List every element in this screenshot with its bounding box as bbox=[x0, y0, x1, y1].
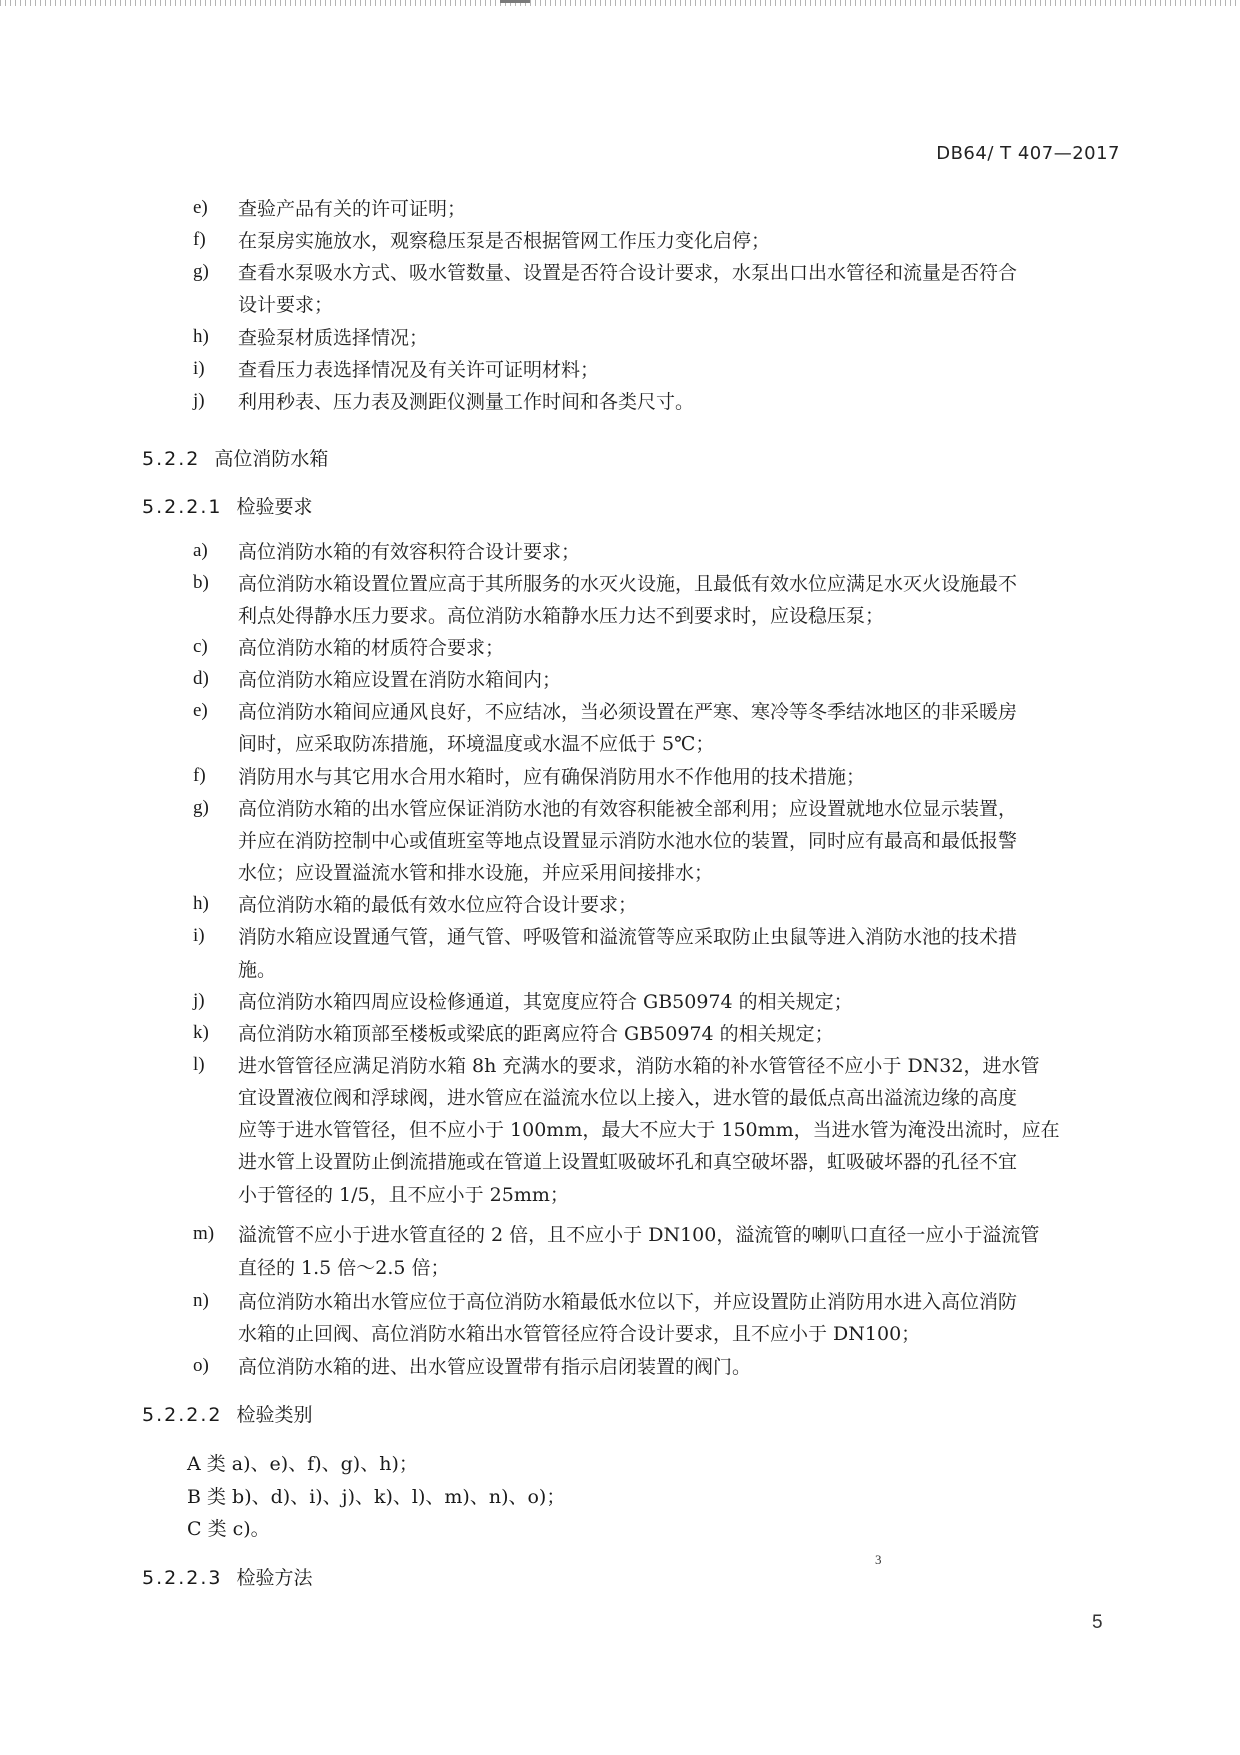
item-text: 高位消防水箱的最低有效水位应符合设计要求； bbox=[238, 893, 637, 917]
section-title: 高位消防水箱 bbox=[214, 448, 328, 470]
page-number: 5 bbox=[1092, 1612, 1103, 1634]
item-text: 高位消防水箱的出水管应保证消防水池的有效容积能被全部利用；应设置就地水位显示装置… bbox=[238, 797, 1017, 821]
section-number: 5.2.2.1 bbox=[142, 496, 222, 518]
item-text: 进水管管径应满足消防水箱 8h 充满水的要求，消防水箱的补水管管径不应小于 DN… bbox=[238, 1054, 1039, 1078]
item-text: 高位消防水箱的进、出水管应设置带有指示启闭装置的阀门。 bbox=[238, 1355, 751, 1379]
item-label: i) bbox=[193, 925, 233, 947]
item-text: 查验泵材质选择情况； bbox=[238, 326, 428, 350]
item-text: 高位消防水箱设置位置应高于其所服务的水灭火设施，且最低有效水位应满足水灭火设施最… bbox=[238, 572, 1017, 596]
item-text: 高位消防水箱出水管应位于高位消防水箱最低水位以下，并应设置防止消防用水进入高位消… bbox=[238, 1290, 1017, 1314]
item-label: a) bbox=[193, 540, 233, 562]
inner-page-mark: 3 bbox=[875, 1552, 882, 1568]
item-label: d) bbox=[193, 668, 233, 690]
section-heading-5-2-2-2: 5.2.2.2检验类别 bbox=[142, 1400, 313, 1427]
item-text: 查看压力表选择情况及有关许可证明材料； bbox=[238, 358, 599, 382]
item-text: 高位消防水箱的有效容积符合设计要求； bbox=[238, 540, 580, 564]
item-text: 水箱的止回阀、高位消防水箱出水管管径应符合设计要求，且不应小于 DN100； bbox=[238, 1322, 920, 1346]
section-heading-5-2-2: 5.2.2高位消防水箱 bbox=[142, 444, 328, 471]
item-label: f) bbox=[193, 229, 233, 251]
item-text: 高位消防水箱四周应设检修通道，其宽度应符合 GB50974 的相关规定； bbox=[238, 990, 853, 1014]
item-label: j) bbox=[193, 990, 233, 1012]
section-title: 检验要求 bbox=[236, 496, 312, 518]
item-text: 进水管上设置防止倒流措施或在管道上设置虹吸破坏孔和真空破坏器，虹吸破坏器的孔径不… bbox=[238, 1150, 1017, 1174]
section-heading-5-2-2-1: 5.2.2.1检验要求 bbox=[142, 492, 313, 519]
section-number: 5.2.2.3 bbox=[142, 1567, 222, 1589]
item-text: 高位消防水箱顶部至楼板或梁底的距离应符合 GB50974 的相关规定； bbox=[238, 1022, 834, 1046]
category-b: B 类 b)、d)、i)、j)、k)、l)、m)、n)、o)； bbox=[187, 1482, 565, 1509]
item-label: i) bbox=[193, 358, 233, 380]
item-text: 查看水泵吸水方式、吸水管数量、设置是否符合设计要求，水泵出口出水管径和流量是否符… bbox=[238, 261, 1017, 285]
item-label: l) bbox=[193, 1054, 233, 1076]
scan-edge-artifact bbox=[0, 0, 1240, 6]
item-label: k) bbox=[193, 1022, 233, 1044]
item-text: 在泵房实施放水，观察稳压泵是否根据管网工作压力变化启停； bbox=[238, 229, 770, 253]
category-c: C 类 c)。 bbox=[187, 1514, 270, 1541]
section-title: 检验类别 bbox=[236, 1404, 312, 1426]
item-label: j) bbox=[193, 390, 233, 412]
item-label: o) bbox=[193, 1355, 233, 1377]
item-text: 高位消防水箱的材质符合要求； bbox=[238, 636, 504, 660]
item-text: 并应在消防控制中心或值班室等地点设置显示消防水池水位的装置，同时应有最高和最低报… bbox=[238, 829, 1017, 853]
item-label: c) bbox=[193, 636, 233, 658]
section-title: 检验方法 bbox=[236, 1567, 312, 1589]
document-code: DB64/ T 407—2017 bbox=[936, 143, 1120, 164]
item-label: f) bbox=[193, 765, 233, 787]
item-text: 宜设置液位阀和浮球阀，进水管应在溢流水位以上接入，进水管的最低点高出溢流边缘的高… bbox=[238, 1086, 1017, 1110]
item-text: 水位；应设置溢流水管和排水设施，并应采用间接排水； bbox=[238, 861, 713, 885]
item-text: 高位消防水箱间应通风良好，不应结冰，当必须设置在严寒、寒冷等冬季结冰地区的非采暖… bbox=[238, 700, 1017, 724]
item-text: 应等于进水管管径，但不应小于 100mm，最大不应大于 150mm，当进水管为淹… bbox=[238, 1118, 1060, 1142]
item-text: 查验产品有关的许可证明； bbox=[238, 197, 466, 221]
section-number: 5.2.2.2 bbox=[142, 1404, 222, 1426]
item-label: e) bbox=[193, 700, 233, 722]
item-label: m) bbox=[193, 1223, 233, 1245]
item-text: 间时，应采取防冻措施，环境温度或水温不应低于 5℃； bbox=[238, 732, 714, 756]
item-text: 溢流管不应小于进水管直径的 2 倍，且不应小于 DN100，溢流管的喇叭口直径一… bbox=[238, 1223, 1039, 1247]
item-text: 消防水箱应设置通气管，通气管、呼吸管和溢流管等应采取防止虫鼠等进入消防水池的技术… bbox=[238, 925, 1017, 949]
item-label: h) bbox=[193, 326, 233, 348]
item-label: b) bbox=[193, 572, 233, 594]
category-a: A 类 a)、e)、f)、g)、h)； bbox=[187, 1449, 418, 1476]
item-label: n) bbox=[193, 1290, 233, 1312]
item-label: h) bbox=[193, 893, 233, 915]
section-heading-5-2-2-3: 5.2.2.3检验方法 bbox=[142, 1563, 313, 1590]
item-text: 小于管径的 1/5，且不应小于 25mm； bbox=[238, 1183, 569, 1207]
item-text: 施。 bbox=[238, 958, 276, 982]
item-label: g) bbox=[193, 261, 233, 283]
item-label: g) bbox=[193, 797, 233, 819]
item-label: e) bbox=[193, 197, 233, 219]
item-text: 利点处得静水压力要求。高位消防水箱静水压力达不到要求时，应设稳压泵； bbox=[238, 604, 884, 628]
item-text: 设计要求； bbox=[238, 293, 333, 317]
item-text: 利用秒表、压力表及测距仪测量工作时间和各类尺寸。 bbox=[238, 390, 694, 414]
section-number: 5.2.2 bbox=[142, 448, 200, 470]
item-text: 直径的 1.5 倍～2.5 倍； bbox=[238, 1256, 450, 1280]
item-text: 高位消防水箱应设置在消防水箱间内； bbox=[238, 668, 561, 692]
item-text: 消防用水与其它用水合用水箱时，应有确保消防用水不作他用的技术措施； bbox=[238, 765, 865, 789]
